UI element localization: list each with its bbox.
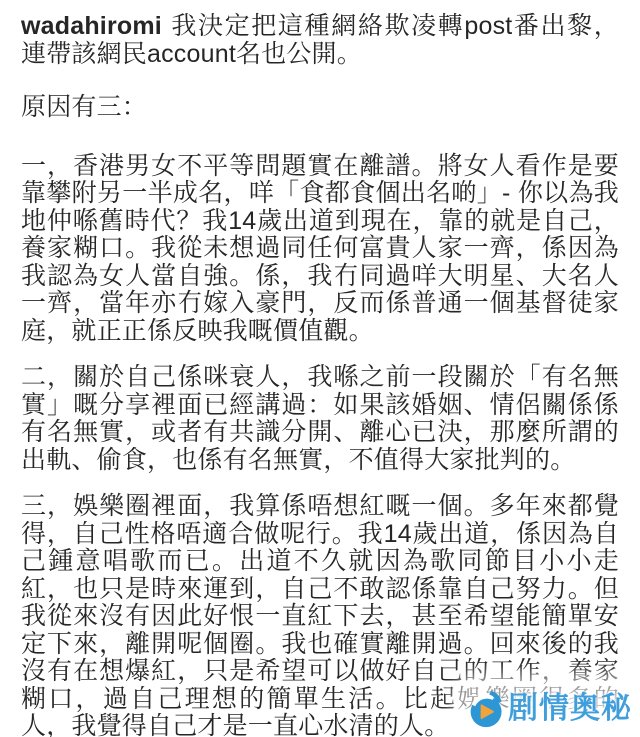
paragraph-reason-2: 二，關於自己係咪衰人，我喺之前一段關於「有名無實」嘅分享裡面已經講過：如果該婚姻…: [21, 364, 619, 474]
watermark-label: 剧情奥秘: [508, 694, 632, 724]
play-drop-icon: [467, 688, 507, 730]
reasons-header: 原因有三：: [21, 94, 619, 122]
post-caption: wadahiromi我決定把這種網絡欺凌轉post番出黎，連帶該網民accoun…: [0, 0, 640, 737]
watermark: 剧情奥秘: [465, 686, 638, 732]
paragraph-reason-1: 一，香港男女不平等問題實在離譜。將女人看作是要靠攀附另一半成名，咩「食都食個出名…: [21, 153, 619, 346]
username-link[interactable]: wadahiromi: [21, 12, 162, 40]
caption-header: wadahiromi我決定把這種網絡欺凌轉post番出黎，連帶該網民accoun…: [21, 13, 619, 68]
